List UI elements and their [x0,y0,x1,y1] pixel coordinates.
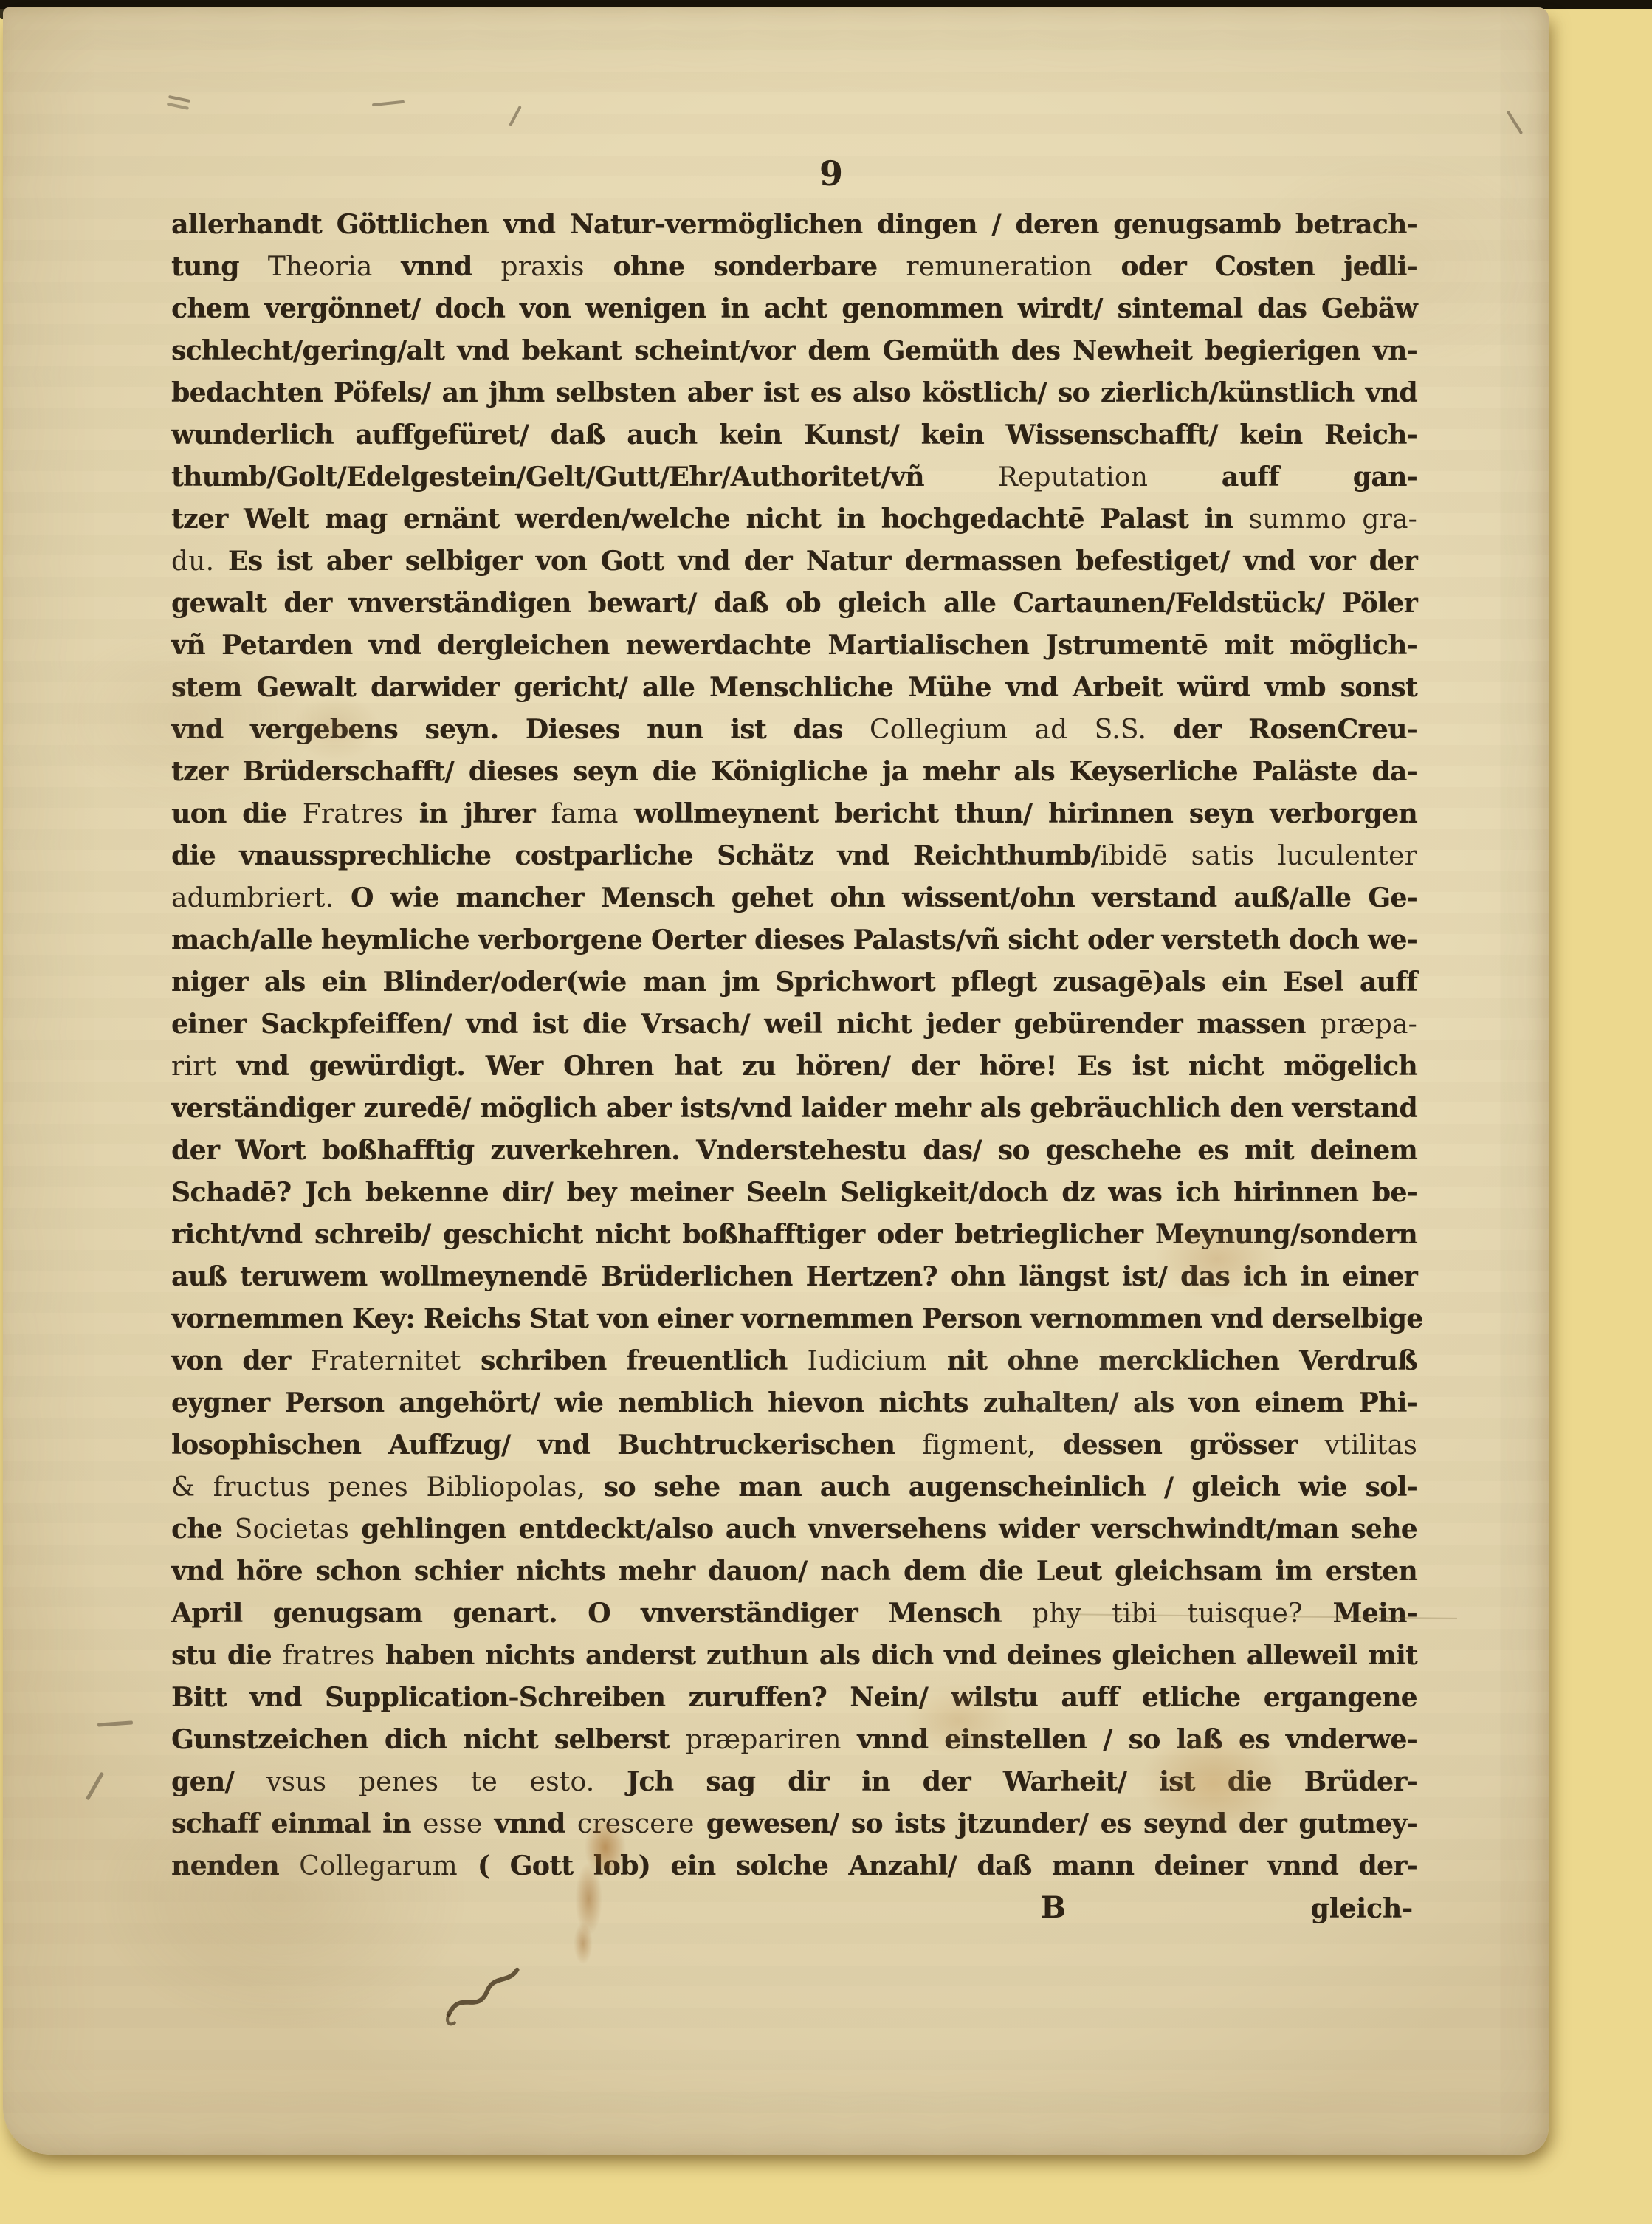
roman-text-run: Fraternitet [311,1346,481,1376]
fraktur-text-run: eygner Person angehört/ wie nemblich hie… [171,1387,1417,1418]
text-line: wunderlich auffgefüret/ daß auch kein Ku… [171,414,1417,456]
fraktur-text-run: einer Sackpfeiffen/ vnd ist die Vrsach/ … [171,1009,1320,1040]
text-line: niger als ein Blinder/oder(wie man jm Sp… [171,961,1417,1003]
text-line: bedachten Pöfels/ an jhm selbsten aber i… [171,372,1417,414]
fraktur-text-run: Schadē? Jch bekenne dir/ bey meiner Seel… [171,1177,1417,1208]
fraktur-text-run: der RosenCreu- [1173,714,1417,745]
signature-row: B gleich- [171,1890,1417,1935]
fraktur-text-run: mach/alle heymliche verborgene Oerter di… [171,924,1417,955]
roman-text-run: remuneration [906,252,1121,282]
fraktur-text-run: Jch sag dir in der Warheit/ ist die Brüd… [627,1766,1417,1797]
text-line: uon die Fratres in jhrer fama wollmeynen… [171,793,1417,835]
fraktur-text-run: wunderlich auffgefüret/ daß auch kein Ku… [171,419,1417,450]
text-line: auß teruwem wollmeynendē Brüderlichen He… [171,1256,1417,1298]
roman-text-run: figment, [922,1430,1063,1461]
text-line: schaff einmal in esse vnnd crescere gewe… [171,1803,1417,1845]
roman-text-run: fama [551,799,635,829]
fraktur-text-run: Gunstzeichen dich nicht selberst [171,1724,686,1755]
fraktur-text-run: oder Costen jedli- [1121,251,1417,282]
text-line: verständiger zuredē/ möglich aber ists/v… [171,1088,1417,1130]
fraktur-text-run: haben nichts anderst zuthun als dich vnd… [385,1640,1417,1671]
fraktur-text-run: thumb/Golt/Edelgestein/Gelt/Gutt/Ehr/Aut… [171,461,998,492]
text-line: eygner Person angehört/ wie nemblich hie… [171,1382,1417,1424]
text-line: stem Gewalt darwider gericht/ alle Mensc… [171,667,1417,709]
text-line: vnd höre schon schier nichts mehr dauon/… [171,1551,1417,1593]
fraktur-text-run: vñ Petarden vnd dergleichen newerdachte … [171,630,1417,661]
fraktur-text-run: vornemmen Key: Reichs Stat von einer vor… [171,1303,1423,1334]
fraktur-text-run: vnd gewürdigt. Wer Ohren hat zu hören/ d… [237,1051,1417,1082]
roman-text-run: Collegarum [299,1851,478,1881]
text-line: der Wort boßhafftig zuverkehren. Vnderst… [171,1130,1417,1172]
fraktur-text-run: in jhrer [419,798,551,829]
text-line: richt/vnd schreib/ geschicht nicht boßha… [171,1214,1417,1256]
catchword: gleich- [1311,1893,1413,1924]
roman-text-run: ibidē satis luculenter [1100,841,1417,871]
text-line: tzer Brüderschafft/ dieses seyn die Köni… [171,751,1417,793]
fraktur-text-run: verständiger zuredē/ möglich aber ists/v… [171,1093,1417,1124]
pencil-mark [1507,111,1523,135]
text-line: gewalt der vnverständigen bewart/ daß ob… [171,583,1417,625]
text-line: rirt vnd gewürdigt. Wer Ohren hat zu hör… [171,1046,1417,1088]
text-line: tung Theoria vnnd praxis ohne sonderbare… [171,246,1417,288]
fraktur-text-run: schlecht/gering/alt vnd bekant scheint/v… [171,335,1417,366]
fraktur-text-run: ( Gott lob) ein solche Anzahl/ daß mann … [478,1850,1417,1881]
fraktur-text-run: vnnd einstellen / so laß es vnderwe- [857,1724,1417,1755]
text-line: Bitt vnd Supplication-Schreiben zuruffen… [171,1677,1417,1719]
fraktur-text-run: O wie mancher Mensch gehet ohn wissent/o… [351,882,1417,913]
roman-text-run: Theoria [268,252,402,282]
roman-text-run: præpariren [686,1725,858,1755]
fraktur-text-run: von der [171,1345,311,1376]
fraktur-text-run: gewesen/ so ists jtzunder/ es seynd der … [706,1808,1417,1839]
text-line: Gunstzeichen dich nicht selberst præpari… [171,1719,1417,1761]
text-line: vnd vergebens seyn. Dieses nun ist das C… [171,709,1417,751]
fraktur-text-run: die vnaussprechliche costparliche Schätz… [171,840,1100,871]
text-block: allerhandt Göttlichen vnd Natur-vermögli… [171,204,1417,1887]
fraktur-text-run: gehlingen entdeckt/also auch vnversehens… [361,1514,1417,1545]
roman-text-run: adumbriert. [171,883,351,913]
roman-text-run: præpa- [1320,1009,1417,1040]
fraktur-text-run: gen/ [171,1766,266,1797]
ink-flourish [435,1955,534,2036]
fraktur-text-run: tzer Welt mag ernänt werden/welche nicht… [171,504,1249,535]
fraktur-text-run: auß teruwem wollmeynendē Brüderlichen He… [171,1261,1417,1292]
text-line: von der Fraternitet schriben freuentlich… [171,1340,1417,1382]
text-line: gen/ vsus penes te esto. Jch sag dir in … [171,1761,1417,1803]
pencil-mark [509,106,522,126]
roman-text-run: summo gra- [1249,504,1417,535]
text-line: nenden Collegarum ( Gott lob) ein solche… [171,1845,1417,1887]
fraktur-text-run: Es ist aber selbiger von Gott vnd der Na… [228,546,1417,577]
roman-text-run: du. [171,546,228,577]
pencil-mark [168,95,190,103]
pencil-mark [97,1720,133,1726]
fraktur-text-run: nit ohne mercklichen Verdruß [947,1345,1417,1376]
roman-text-run: Fratres [303,799,419,829]
text-line: Schadē? Jch bekenne dir/ bey meiner Seel… [171,1172,1417,1214]
fraktur-text-run: vnnd [495,1808,577,1839]
fraktur-text-run: schriben freuentlich [481,1345,808,1376]
roman-text-run: esse [423,1809,494,1839]
roman-text-run: phy tibi tuisque? [1032,1599,1332,1629]
fraktur-text-run: tzer Brüderschafft/ dieses seyn die Köni… [171,756,1417,787]
fraktur-text-run: chem vergönnet/ doch von wenigen in acht… [171,293,1417,324]
text-line: stu die fratres haben nichts anderst zut… [171,1635,1417,1677]
text-line: vornemmen Key: Reichs Stat von einer vor… [171,1298,1417,1340]
roman-text-run: & fructus penes Bibliopolas, [171,1472,604,1503]
fraktur-text-run: losophischen Auffzug/ vnd Buchtruckerisc… [171,1430,922,1461]
fraktur-text-run: bedachten Pöfels/ an jhm selbsten aber i… [171,377,1417,408]
fraktur-text-run: Bitt vnd Supplication-Schreiben zuruffen… [171,1682,1417,1713]
text-line: losophischen Auffzug/ vnd Buchtruckerisc… [171,1424,1417,1466]
text-line: schlecht/gering/alt vnd bekant scheint/v… [171,330,1417,372]
fraktur-text-run: Mein- [1332,1598,1417,1629]
roman-text-run: rirt [171,1051,237,1082]
text-line: tzer Welt mag ernänt werden/welche nicht… [171,498,1417,540]
fraktur-text-run: stu die [171,1640,283,1671]
fraktur-text-run: niger als ein Blinder/oder(wie man jm Sp… [171,967,1417,998]
roman-text-run: Societas [235,1514,362,1545]
page-number: 9 [802,154,861,193]
fraktur-text-run: ohne sonderbare [613,251,906,282]
fraktur-text-run: tung [171,251,268,282]
text-line: die vnaussprechliche costparliche Schätz… [171,835,1417,877]
fraktur-text-run: auff gan- [1222,461,1417,492]
text-line: April genugsam genart. O vnverständiger … [171,1593,1417,1635]
text-line: thumb/Golt/Edelgestein/Gelt/Gutt/Ehr/Aut… [171,456,1417,498]
fraktur-text-run: vnd vergebens seyn. Dieses nun ist das [171,714,870,745]
roman-text-run: vtilitas [1325,1430,1417,1461]
scanned-book-page: 9 allerhandt Göttlichen vnd Natur-vermög… [0,0,1652,2224]
text-line: & fructus penes Bibliopolas, so sehe man… [171,1466,1417,1509]
text-line: du. Es ist aber selbiger von Gott vnd de… [171,540,1417,583]
fraktur-text-run: wollmeynent bericht thun/ hirinnen seyn … [634,798,1417,829]
fraktur-text-run: gewalt der vnverständigen bewart/ daß ob… [171,588,1417,619]
text-line: mach/alle heymliche verborgene Oerter di… [171,919,1417,961]
text-line: vñ Petarden vnd dergleichen newerdachte … [171,625,1417,667]
fraktur-text-run: der Wort boßhafftig zuverkehren. Vnderst… [171,1135,1417,1166]
roman-text-run: vsus penes te esto. [266,1767,627,1797]
fraktur-text-run: nenden [171,1850,299,1881]
fraktur-text-run: richt/vnd schreib/ geschicht nicht boßha… [171,1219,1417,1250]
text-line: che Societas gehlingen entdeckt/also auc… [171,1509,1417,1551]
text-line: einer Sackpfeiffen/ vnd ist die Vrsach/ … [171,1003,1417,1046]
fraktur-text-run: che [171,1514,235,1545]
fraktur-text-run: April genugsam genart. O vnverständiger … [171,1598,1032,1629]
roman-text-run: Iudicium [808,1346,947,1376]
roman-text-run: crescere [577,1809,706,1839]
pencil-mark [86,1772,104,1801]
fraktur-text-run: vnd höre schon schier nichts mehr dauon/… [171,1556,1417,1587]
fraktur-text-run: allerhandt Göttlichen vnd Natur-vermögli… [171,209,1417,240]
roman-text-run: Collegium ad S.S. [870,715,1173,745]
page-leaf: 9 allerhandt Göttlichen vnd Natur-vermög… [3,7,1549,2155]
fraktur-text-run: so sehe man auch augenscheinlich / gleic… [604,1472,1417,1503]
text-line: allerhandt Göttlichen vnd Natur-vermögli… [171,204,1417,246]
text-line: chem vergönnet/ doch von wenigen in acht… [171,288,1417,330]
roman-text-run: Reputation [998,462,1222,492]
fraktur-text-run: schaff einmal in [171,1808,423,1839]
text-line: adumbriert. O wie mancher Mensch gehet o… [171,877,1417,919]
fraktur-text-run: vnnd [401,251,500,282]
fraktur-text-run: dessen grösser [1063,1430,1325,1461]
fraktur-text-run: stem Gewalt darwider gericht/ alle Mensc… [171,672,1417,703]
pencil-mark [372,100,405,107]
fraktur-text-run: uon die [171,798,303,829]
roman-text-run: fratres [283,1641,385,1671]
roman-text-run: praxis [500,252,613,282]
signature-mark: B [1041,1890,1066,1925]
